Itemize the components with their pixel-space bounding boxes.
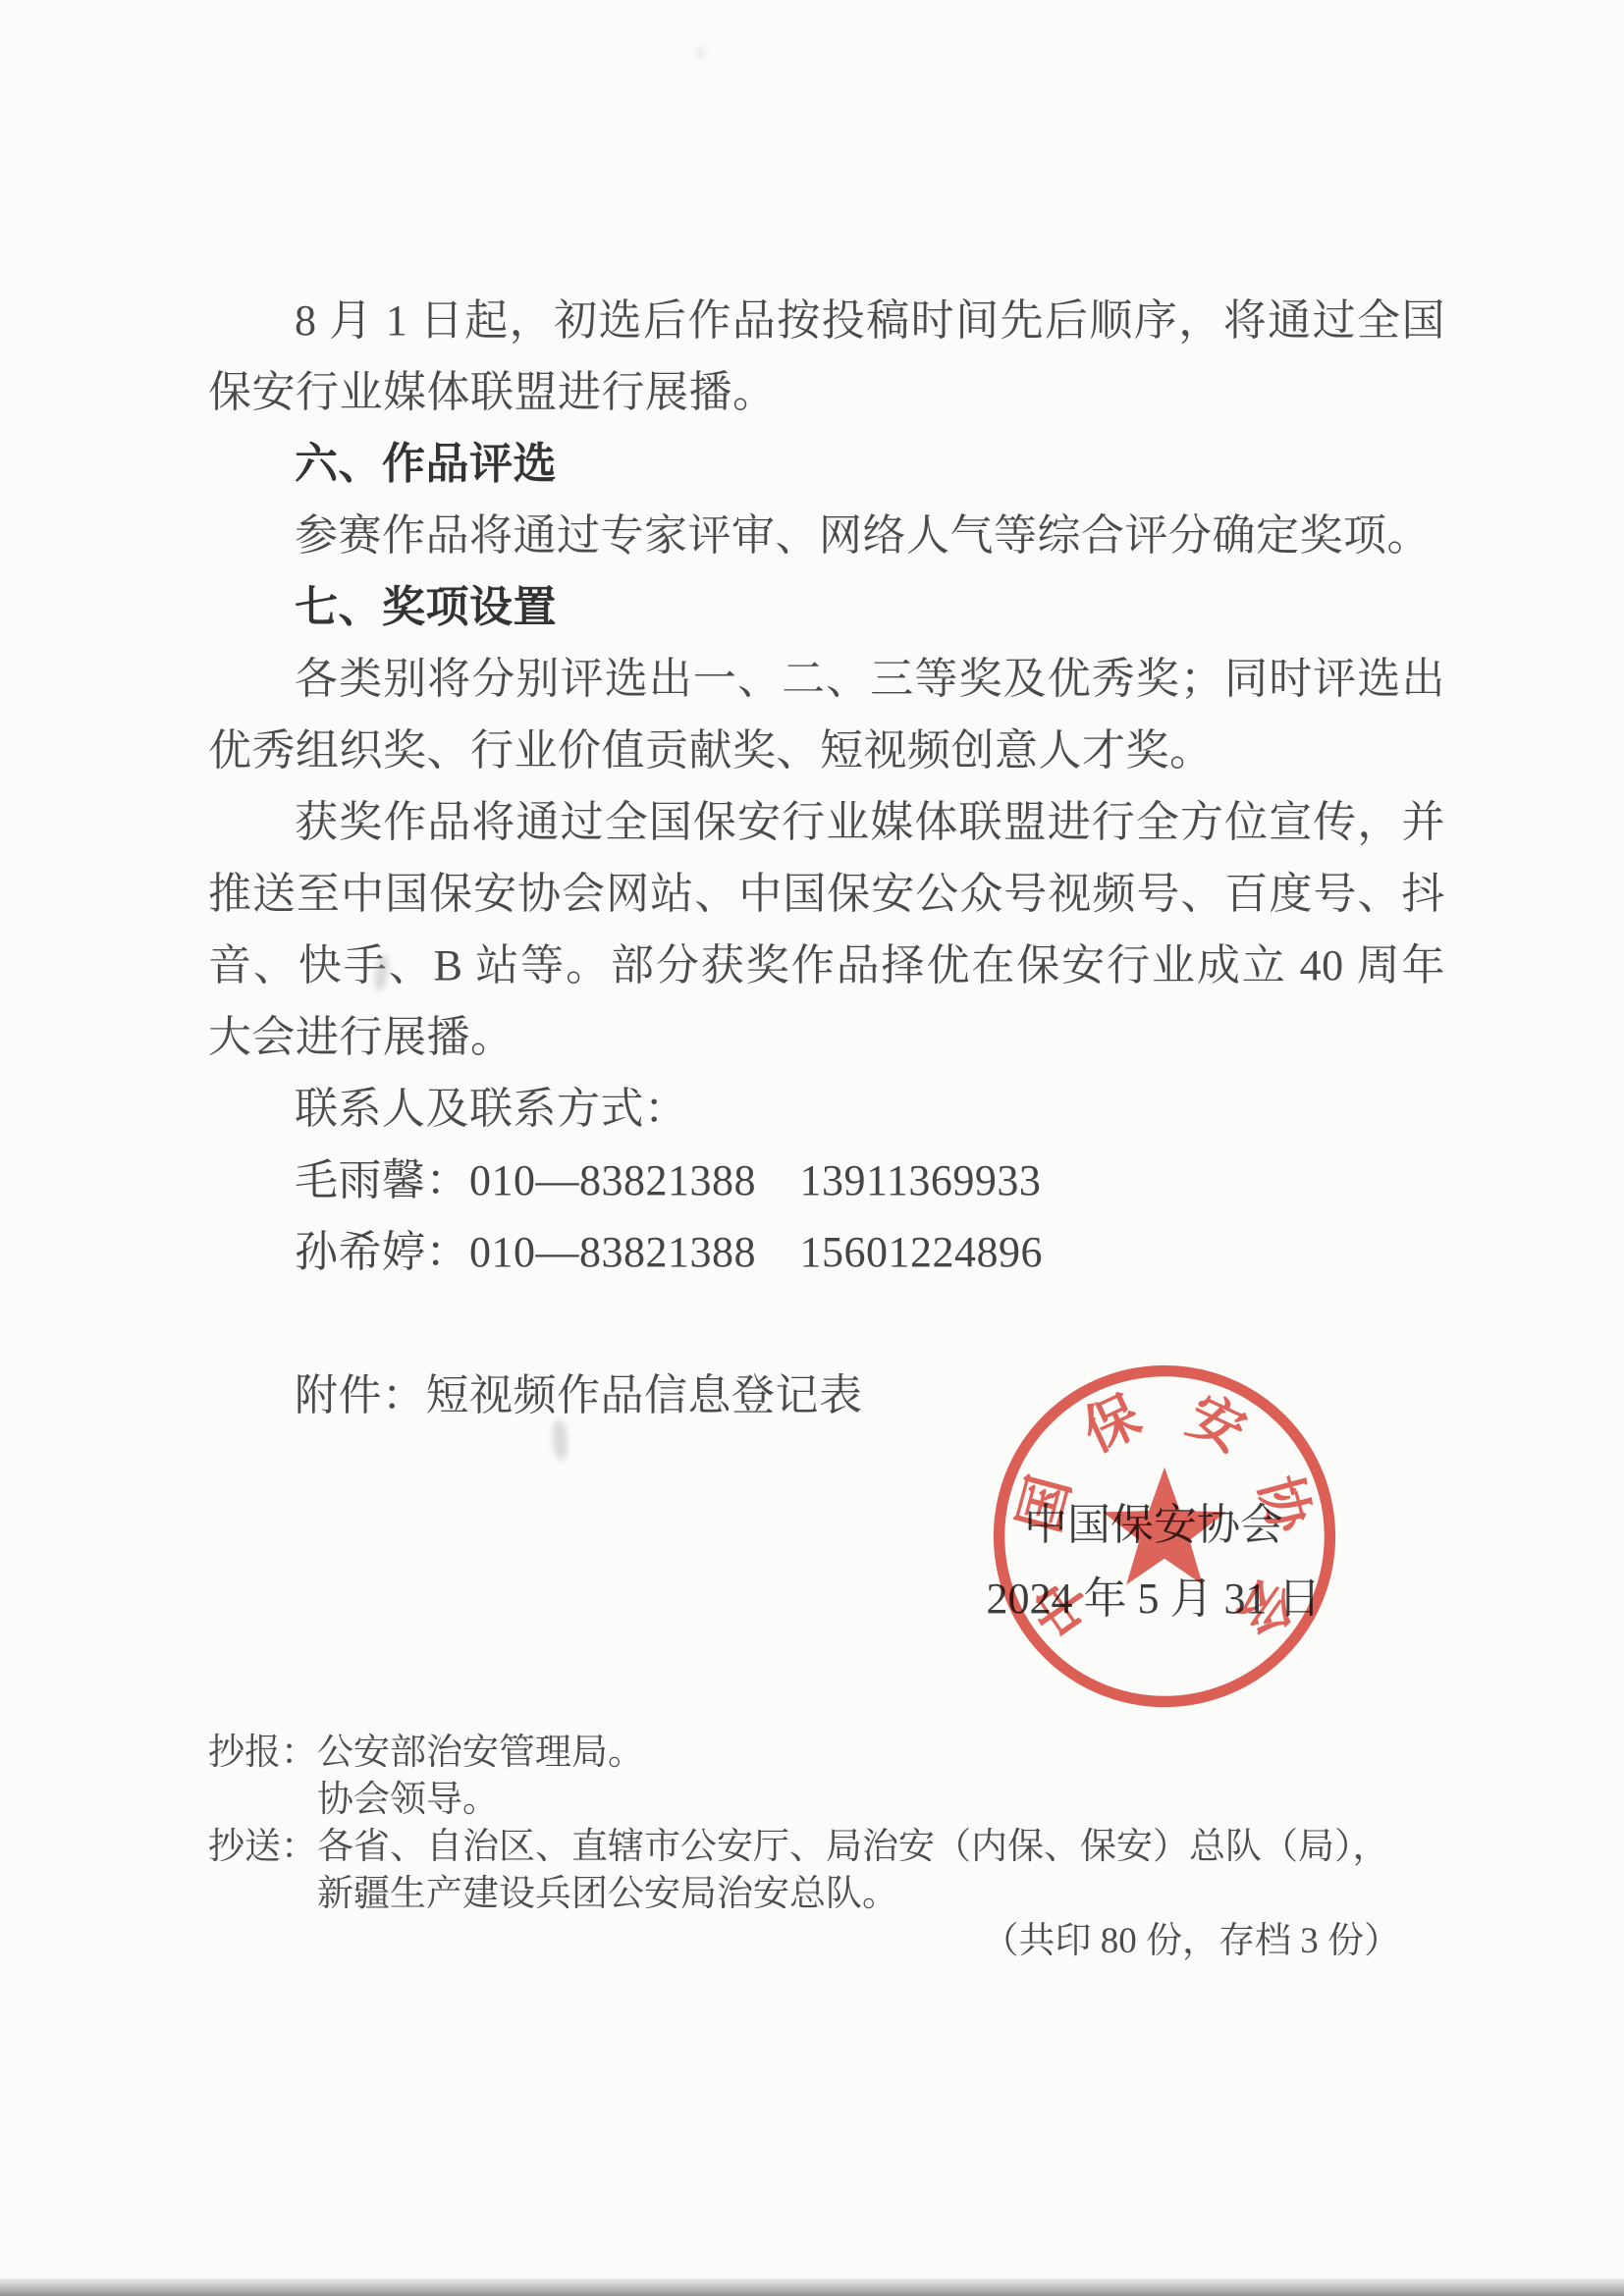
paragraph-broadcast: 8 月 1 日起，初选后作品按投稿时间先后顺序，将通过全国保安行业媒体联盟进行展… <box>208 285 1445 428</box>
section-heading-six: 六、作品评选 <box>208 428 1445 500</box>
copy-send-label: 抄送： <box>208 1827 317 1867</box>
copy-report-text-2: 协会领导。 <box>317 1780 499 1820</box>
scan-bottom-edge <box>0 2278 1624 2296</box>
copy-send-row: 抄送：各省、自治区、直辖市公安厅、局治安（内保、保安）总队（局）， <box>208 1824 1418 1871</box>
distribution-block: 抄报：公安部治安管理局。 协会领导。 抄送：各省、自治区、直辖市公安厅、局治安（… <box>208 1730 1418 1965</box>
copy-report-row-2: 协会领导。 <box>208 1777 1418 1824</box>
copy-report-label: 抄报： <box>208 1733 317 1773</box>
signature-block: 中国保安协会 2024 年 5 月 31 日 <box>859 1488 1448 1635</box>
copy-report-text: 公安部治安管理局。 <box>317 1733 644 1773</box>
document-body: 8 月 1 日起，初选后作品按投稿时间先后顺序，将通过全国保安行业媒体联盟进行展… <box>208 285 1445 1431</box>
paragraph-awards: 各类别将分别评选出一、二、三等奖及优秀奖；同时评选出优秀组织奖、行业价值贡献奖、… <box>208 643 1445 786</box>
attachment-line: 附件：短视频作品信息登记表 <box>208 1360 1445 1431</box>
paragraph-promotion: 获奖作品将通过全国保安行业媒体联盟进行全方位宣传，并推送至中国保安协会网站、中国… <box>208 786 1445 1073</box>
copy-send-row-2: 新疆生产建设兵团公安局治安总队。 <box>208 1871 1418 1918</box>
copy-send-text: 各省、自治区、直辖市公安厅、局治安（内保、保安）总队（局）， <box>317 1827 1389 1867</box>
signature-org: 中国保安协会 <box>859 1488 1448 1562</box>
signature-date: 2024 年 5 月 31 日 <box>859 1562 1448 1635</box>
copy-send-text-2: 新疆生产建设兵团公安局治安总队。 <box>317 1874 898 1914</box>
scan-smudge <box>696 47 705 59</box>
document-page: 8 月 1 日起，初选后作品按投稿时间先后顺序，将通过全国保安行业媒体联盟进行展… <box>0 0 1624 2296</box>
paragraph-evaluation: 参赛作品将通过专家评审、网络人气等综合评分确定奖项。 <box>208 500 1445 571</box>
copy-report-row: 抄报：公安部治安管理局。 <box>208 1730 1418 1777</box>
contact-line-sun: 孙希婷：010—83821388 15601224896 <box>208 1216 1445 1288</box>
section-heading-seven: 七、奖项设置 <box>208 571 1445 643</box>
contact-section-title: 联系人及联系方式： <box>208 1073 1445 1145</box>
print-count-note: （共印 80 份，存档 3 份） <box>208 1918 1418 1965</box>
contact-line-mao: 毛雨馨：010—83821388 13911369933 <box>208 1145 1445 1216</box>
